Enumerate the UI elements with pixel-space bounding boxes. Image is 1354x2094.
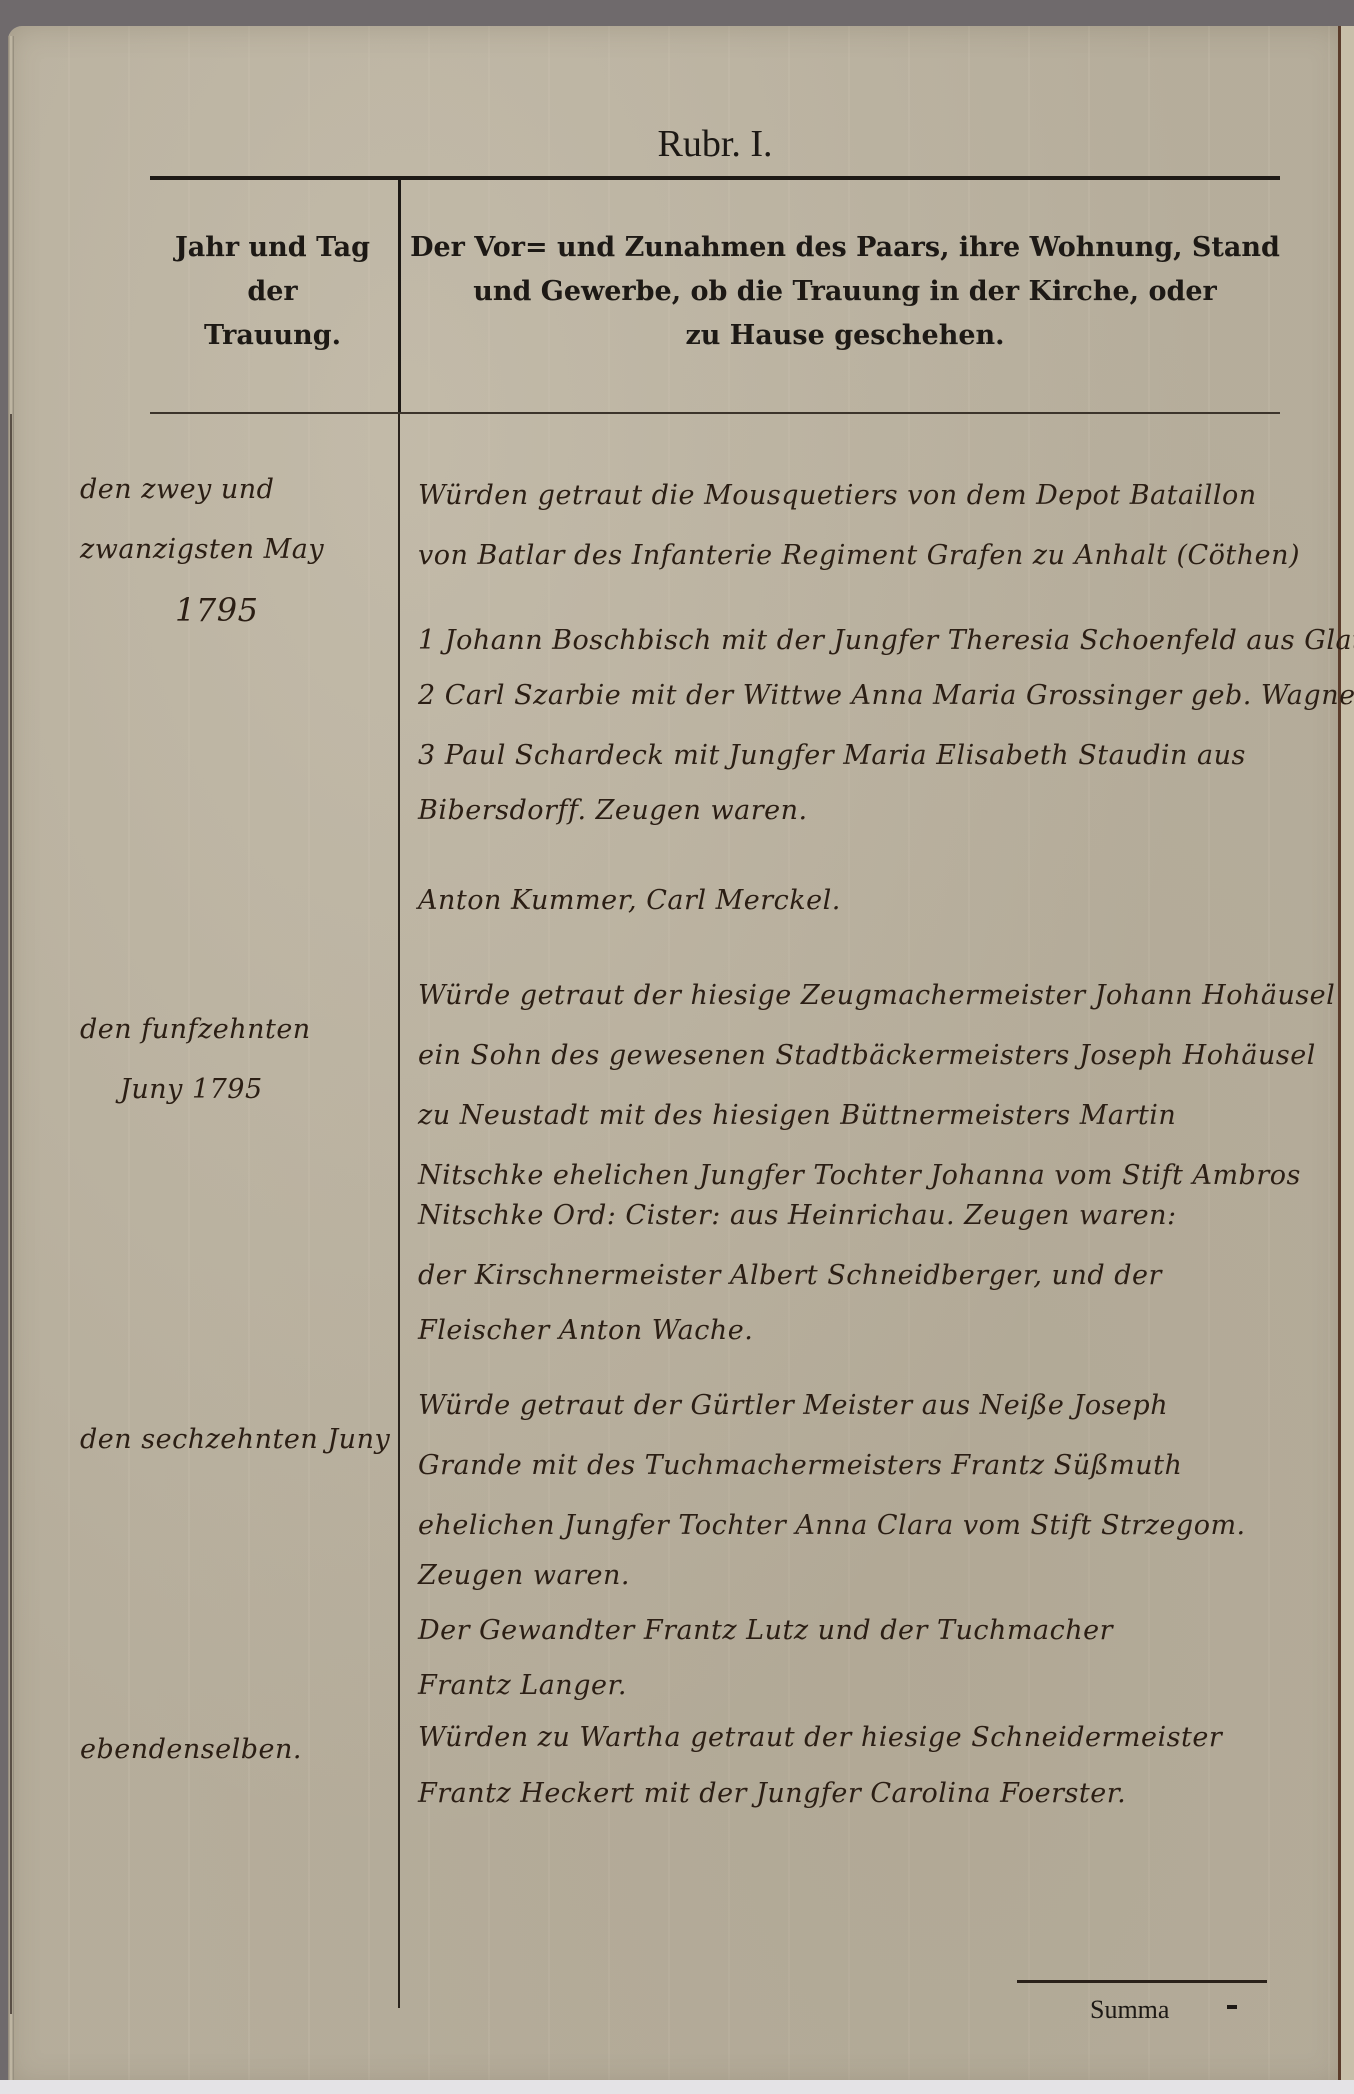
header-line: Trauung. (150, 314, 395, 358)
rubric-title: Rubr. I. (0, 122, 1354, 166)
entry-text-line: Nitschke ehelichen Jungfer Tochter Johan… (418, 1160, 1301, 1191)
date-line: den zwey und (80, 460, 390, 520)
entry-text-line: von Batlar des Infanterie Regiment Grafe… (418, 540, 1300, 571)
header-bottom-rule (150, 412, 1280, 414)
header-line: Der Vor= und Zunahmen des Paars, ihre Wo… (405, 226, 1285, 270)
entry-date: den sechzehnten Juny (80, 1410, 390, 1470)
entry-text-line: Würden getraut die Mousquetiers von dem … (418, 480, 1257, 511)
entry-text-line: Bibersdorff. Zeugen waren. (418, 795, 808, 826)
entry-text-line: Frantz Heckert mit der Jungfer Carolina … (418, 1778, 1126, 1809)
entry-text-line: 2 Carl Szarbie mit der Wittwe Anna Maria… (418, 680, 1354, 711)
entry-text-line: 3 Paul Schardeck mit Jungfer Maria Elisa… (418, 740, 1246, 771)
header-column-divider (398, 178, 401, 414)
entry-date: den zwey und zwanzigsten May 1795 (80, 460, 390, 640)
book-gutter (1338, 26, 1354, 2094)
summa-dash (1227, 2005, 1237, 2009)
entry-text-line: der Kirschnermeister Albert Schneidberge… (418, 1260, 1162, 1291)
entry-date: ebendenselben. (80, 1720, 390, 1780)
entry-text-line: Anton Kummer, Carl Merckel. (418, 885, 841, 916)
header-line: Jahr und Tag (150, 226, 395, 270)
date-line: den sechzehnten Juny (80, 1410, 390, 1470)
entry-text-line: ehelichen Jungfer Tochter Anna Clara vom… (418, 1510, 1246, 1541)
bottom-strip (0, 2080, 1354, 2094)
entry-text-line: Frantz Langer. (418, 1670, 627, 1701)
entry-text-line: Würde getraut der hiesige Zeugmachermeis… (418, 980, 1335, 1011)
date-line: 1795 (80, 580, 390, 640)
header-line: der (150, 270, 395, 314)
summa-label: Summa (1090, 1995, 1169, 2025)
entry-text-line: zu Neustadt mit des hiesigen Büttnermeis… (418, 1100, 1176, 1131)
entry-text-line: Der Gewandter Frantz Lutz und der Tuchma… (418, 1615, 1113, 1646)
entry-text-line: Würde getraut der Gürtler Meister aus Ne… (418, 1390, 1168, 1421)
header-line: und Gewerbe, ob die Trauung in der Kirch… (405, 270, 1285, 314)
column-header-date: Jahr und Tag der Trauung. (150, 226, 395, 358)
column-header-details: Der Vor= und Zunahmen des Paars, ihre Wo… (405, 226, 1285, 358)
summa-rule (1017, 1980, 1267, 1983)
left-border-rule (10, 414, 12, 2014)
entry-text-line: 1 Johann Boschbisch mit der Jungfer Ther… (418, 625, 1354, 656)
date-line: Juny 1795 (80, 1060, 390, 1120)
entry-text-line: Nitschke Ord: Cister: aus Heinrichau. Ze… (418, 1200, 1177, 1231)
body-column-divider (398, 414, 400, 2008)
date-line: den funfzehnten (80, 1000, 390, 1060)
entry-text-line: Würden zu Wartha getraut der hiesige Sch… (418, 1722, 1222, 1753)
entry-text-line: Fleischer Anton Wache. (418, 1315, 753, 1346)
entry-date: den funfzehnten Juny 1795 (80, 1000, 390, 1120)
date-line: zwanzigsten May (80, 520, 390, 580)
header-top-rule (150, 176, 1280, 180)
date-line: ebendenselben. (80, 1720, 390, 1780)
entry-text-line: Zeugen waren. (418, 1560, 630, 1591)
entry-text-line: ein Sohn des gewesenen Stadtbäckermeiste… (418, 1040, 1316, 1071)
header-line: zu Hause geschehen. (405, 314, 1285, 358)
entry-text-line: Grande mit des Tuchmachermeisters Frantz… (418, 1450, 1182, 1481)
